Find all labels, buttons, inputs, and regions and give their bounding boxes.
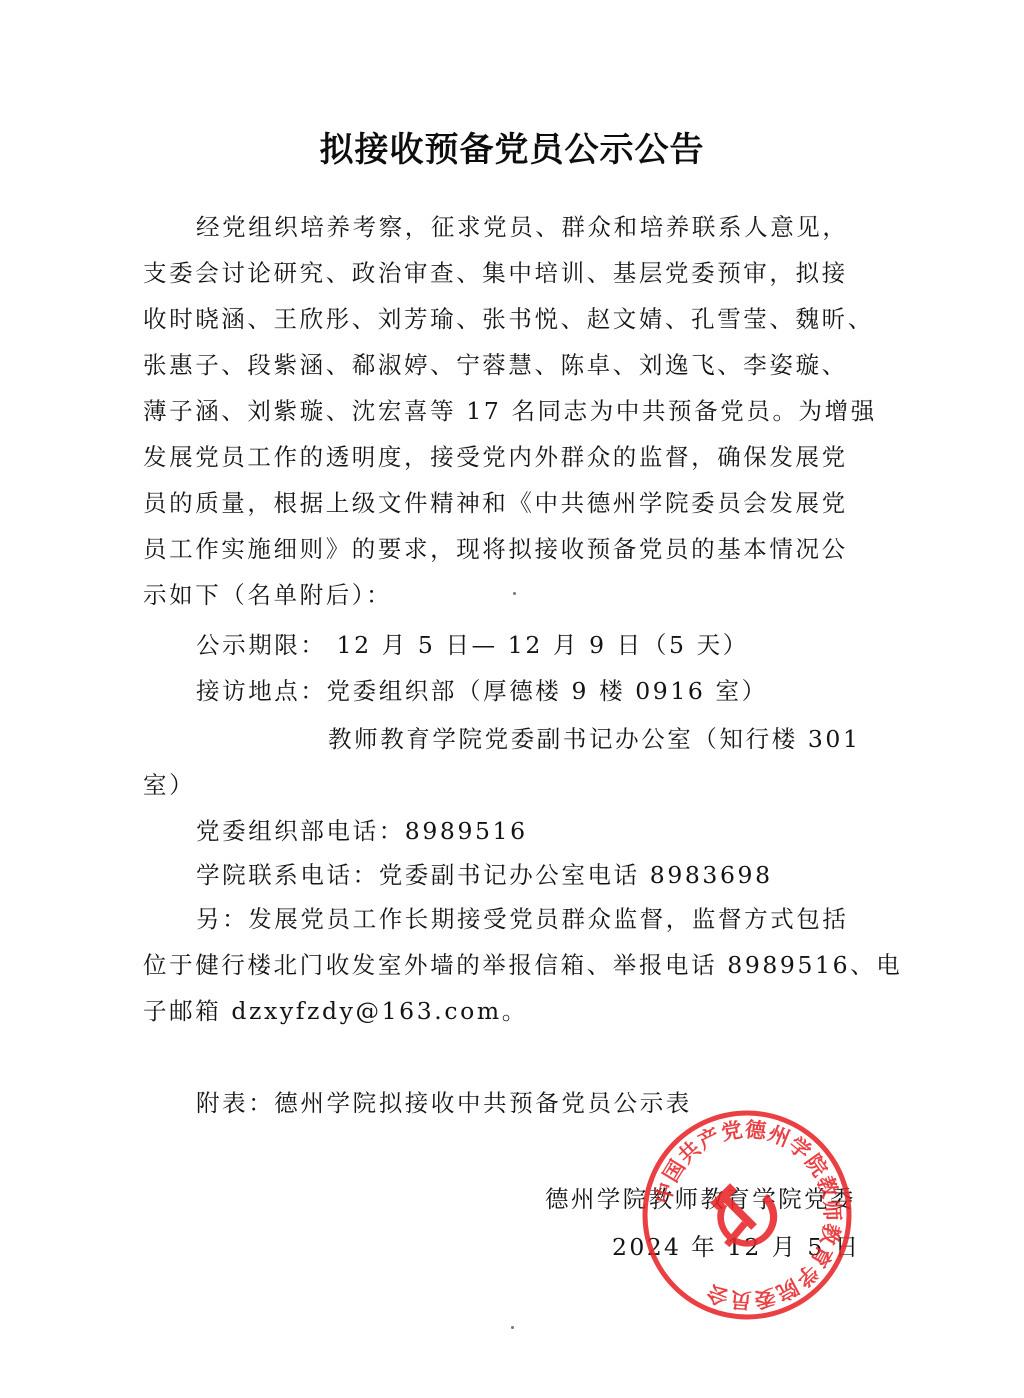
college-phone: 学院联系电话：党委副书记办公室电话 8983698: [196, 860, 773, 890]
document-page: 拟接收预备党员公示公告 经党组织培养考察，征求党员、群众和培养联系人意见， 支委…: [0, 0, 1024, 1398]
org-dept-phone: 党委组织部电话：8989516: [196, 816, 528, 846]
scan-speck: [513, 592, 516, 595]
body-line-6: 发展党员工作的透明度，接受党内外群众的监督，确保发展党: [143, 442, 848, 472]
body-line-9: 示如下（名单附后）：: [143, 580, 392, 610]
note-line-3: 子邮箱 dzxyfzdy@163.com。: [143, 996, 528, 1026]
scan-speck: [511, 1326, 514, 1329]
official-seal-icon: 中国共产党德州学院教师教育学院委员会: [640, 1108, 854, 1322]
body-line-2: 支委会讨论研究、政治审查、集中培训、基层党委预审，拟接: [143, 258, 848, 288]
body-line-7: 员的质量，根据上级文件精神和《中共德州学院委员会发展党: [143, 488, 848, 518]
note-line-2: 位于健行楼北门收发室外墙的举报信箱、举报电话 8989516、电: [143, 950, 902, 980]
body-line-8: 员工作实施细则》的要求，现将拟接收预备党员的基本情况公: [143, 534, 848, 564]
page-title: 拟接收预备党员公示公告: [0, 122, 1024, 171]
notice-period: 公示期限： 12 月 5 日— 12 月 9 日（5 天）: [196, 630, 749, 660]
attachment-line: 附表：德州学院拟接收中共预备党员公示表: [196, 1088, 692, 1118]
body-line-5: 薄子涵、刘紫璇、沈宏喜等 17 名同志为中共预备党员。为增强: [143, 396, 877, 426]
visit-location-3: 室）: [143, 770, 195, 800]
note-line-1: 另：发展党员工作长期接受党员群众监督，监督方式包括: [196, 904, 849, 934]
body-line-3: 收时晓涵、王欣彤、刘芳瑜、张书悦、赵文婧、孔雪莹、魏昕、: [143, 304, 874, 334]
visit-location-2: 教师教育学院党委副书记办公室（知行楼 301: [328, 724, 861, 754]
body-line-1: 经党组织培养考察，征求党员、群众和培养联系人意见，: [196, 212, 849, 242]
body-line-4: 张惠子、段紫涵、郗淑婷、宁蓉慧、陈卓、刘逸飞、李姿璇、: [143, 350, 848, 380]
visit-location: 接访地点：党委组织部（厚德楼 9 楼 0916 室）: [196, 676, 768, 706]
